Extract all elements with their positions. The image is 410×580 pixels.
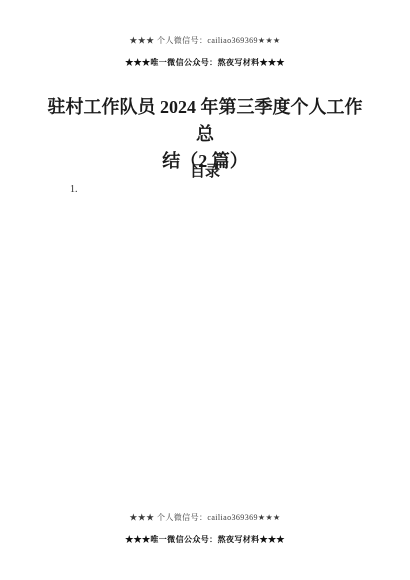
footer-watermark-line1: ★★★ 个人微信号：cailiao369369★★★ — [0, 512, 410, 523]
toc-item-1: 1. — [70, 184, 78, 195]
document-title-line1: 驻村工作队员 2024 年第三季度个人工作总 — [48, 97, 363, 144]
document-page: ★★★ 个人微信号：cailiao369369★★★ ★★★唯一微信公众号：熬夜… — [0, 0, 410, 580]
header-watermark-line1: ★★★ 个人微信号：cailiao369369★★★ — [0, 35, 410, 46]
header-watermark-line2: ★★★唯一微信公众号：熬夜写材料★★★ — [0, 57, 410, 68]
toc-heading: 目录 — [0, 160, 410, 181]
footer-watermark-line2: ★★★唯一微信公众号：熬夜写材料★★★ — [0, 534, 410, 545]
